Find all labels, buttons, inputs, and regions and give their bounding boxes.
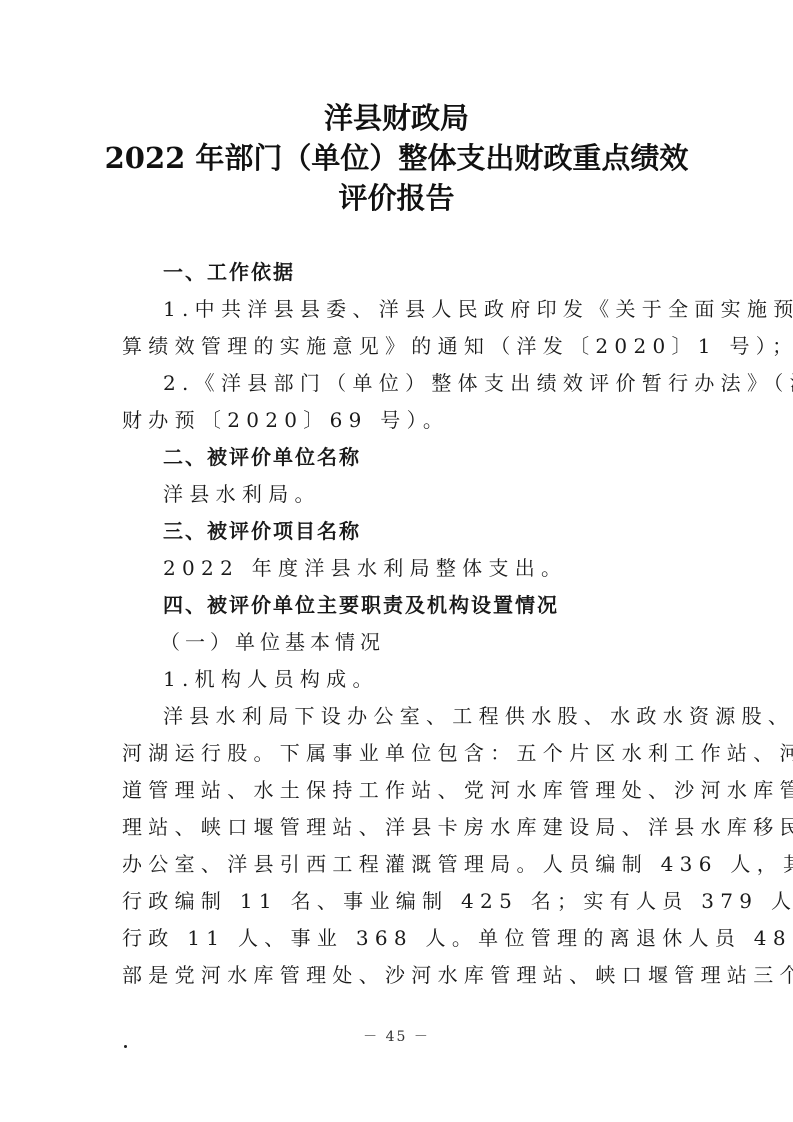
paragraph-line: 部是党河水库管理处、沙河水库管理站、峡口堰管理站三个 [122,957,674,994]
section-heading-duties-structure: 四、被评价单位主要职责及机构设置情况 [122,587,674,624]
paragraph-line: 2.《洋县部门（单位）整体支出绩效评价暂行办法》（洋 [122,365,674,402]
paragraph-line: 1.机构人员构成。 [122,661,674,698]
page-number: － 45 － [0,1026,793,1046]
document-title-line-3: 评价报告 [0,178,793,218]
paragraph-line: 财办预〔2020〕69 号）。 [122,402,674,439]
paragraph-line: 行政编制 11 名、事业编制 425 名；实有人员 379 人，其中 [122,883,674,920]
paragraph-line: 河湖运行股。下属事业单位包含：五个片区水利工作站、河 [122,735,674,772]
paragraph-line: 办公室、洋县引西工程灌溉管理局。人员编制 436 人，其中 [122,846,674,883]
section-heading-evaluated-project: 三、被评价项目名称 [122,513,674,550]
paragraph-line: 洋县水利局。 [122,476,674,513]
section-heading-evaluated-unit: 二、被评价单位名称 [122,439,674,476]
paragraph-line: 道管理站、水土保持工作站、党河水库管理处、沙河水库管 [122,772,674,809]
margin-dot-mark [124,1045,127,1048]
subsection-heading-basic-info: （一）单位基本情况 [122,624,674,661]
section-heading-work-basis: 一、工作依据 [122,254,674,291]
document-title-line-2: 2022 年部门（单位）整体支出财政重点绩效 [0,138,793,178]
paragraph-line: 洋县水利局下设办公室、工程供水股、水政水资源股、 [122,698,674,735]
paragraph-line: 理站、峡口堰管理站、洋县卡房水库建设局、洋县水库移民 [122,809,674,846]
paragraph-line: 算绩效管理的实施意见》的通知（洋发〔2020〕1 号）； [122,328,674,365]
paragraph-line: 1.中共洋县县委、洋县人民政府印发《关于全面实施预 [122,291,674,328]
document-body: 一、工作依据 1.中共洋县县委、洋县人民政府印发《关于全面实施预 算绩效管理的实… [122,254,674,994]
paragraph-line: 2022 年度洋县水利局整体支出。 [122,550,674,587]
paragraph-line: 行政 11 人、事业 368 人。单位管理的离退休人员 48 人，全 [122,920,674,957]
document-title-line-1: 洋县财政局 [0,98,793,138]
